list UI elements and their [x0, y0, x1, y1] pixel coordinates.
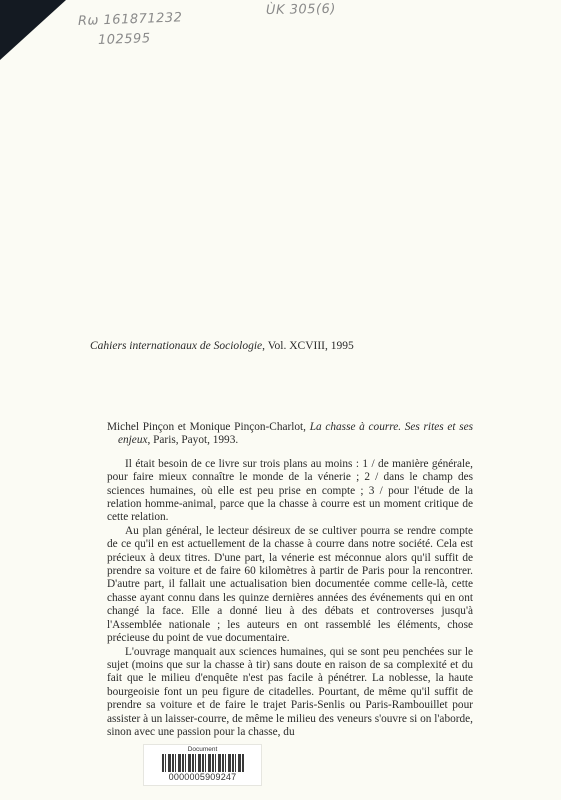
barcode-number: 0000005909247	[144, 772, 261, 783]
barcode-icon	[162, 754, 244, 772]
body-paragraph-1: Il était besoin de ce livre sur trois pl…	[107, 458, 473, 525]
handwritten-reference-number: 102595	[98, 31, 151, 48]
citation-publication: , Paris, Payot, 1993.	[147, 434, 238, 446]
citation-authors: Michel Pinçon et Monique Pinçon-Charlot,	[107, 421, 310, 433]
barcode-title: Document	[144, 746, 261, 754]
journal-volume: , Vol. XCVIII, 1995	[262, 340, 354, 352]
scan-corner-shadow	[0, 0, 66, 60]
handwritten-catalog-number: Rω 161871232	[78, 10, 183, 29]
handwritten-shelf-mark: ÙΚ 305(6)	[266, 2, 336, 18]
body-paragraph-3: L'ouvrage manquait aux sciences humaines…	[107, 646, 473, 740]
journal-header: Cahiers internationaux de Sociologie, Vo…	[90, 340, 354, 352]
book-citation: Michel Pinçon et Monique Pinçon-Charlot,…	[107, 421, 473, 448]
barcode-label: Document 0000005909247	[143, 744, 262, 786]
journal-title: Cahiers internationaux de Sociologie	[90, 340, 262, 352]
review-content: Michel Pinçon et Monique Pinçon-Charlot,…	[107, 421, 473, 739]
body-paragraph-2: Au plan général, le lecteur désireux de …	[107, 525, 473, 646]
